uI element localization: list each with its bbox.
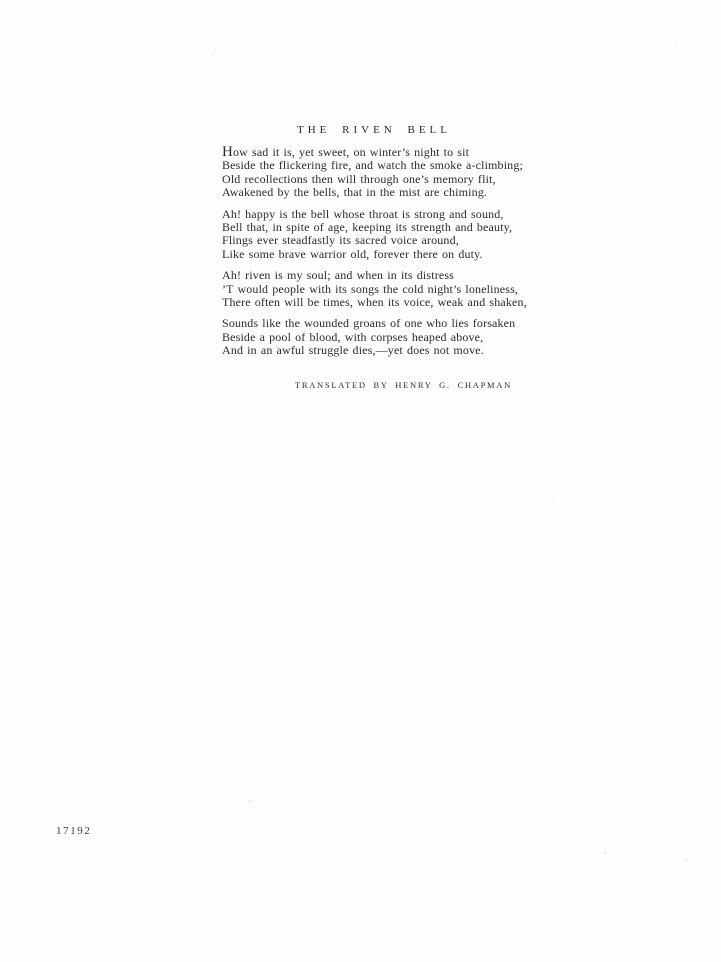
poem-line: Flings ever steadfastly its sacred voice… — [222, 234, 542, 247]
poem-line: Ah! riven is my soul; and when in its di… — [222, 269, 542, 282]
stanza: How sad it is, yet sweet, on winter’s ni… — [222, 146, 542, 200]
poem-line: Old recollections then will through one’… — [222, 173, 542, 186]
poem-line: Beside a pool of blood, with corpses hea… — [222, 331, 542, 344]
poem-line: Bell that, in spite of age, keeping its … — [222, 221, 542, 234]
scan-speck — [552, 498, 553, 499]
stanza: Ah! riven is my soul; and when in its di… — [222, 269, 542, 309]
scan-speck — [215, 50, 216, 51]
poem-title: THE RIVEN BELL — [222, 124, 526, 136]
scanned-book-page: THE RIVEN BELL How sad it is, yet sweet,… — [0, 0, 721, 962]
poem-line: Ah! happy is the bell whose throat is st… — [222, 208, 542, 221]
poem-body: How sad it is, yet sweet, on winter’s ni… — [222, 146, 542, 366]
poem-line: Like some brave warrior old, forever the… — [222, 248, 542, 261]
scan-speck — [686, 859, 687, 861]
scan-speck — [249, 800, 250, 802]
poem-line: Awakened by the bells, that in the mist … — [222, 186, 542, 199]
poem-line: Beside the flickering fire, and watch th… — [222, 159, 542, 172]
stanza: Sounds like the wounded groans of one wh… — [222, 317, 542, 357]
poem-line: ’T would people with its songs the cold … — [222, 283, 542, 296]
scan-speck — [604, 852, 606, 854]
catalog-number: 17192 — [56, 825, 92, 837]
poem-line: How sad it is, yet sweet, on winter’s ni… — [222, 146, 542, 159]
poem-line: Sounds like the wounded groans of one wh… — [222, 317, 542, 330]
poem-line: And in an awful struggle dies,—yet does … — [222, 344, 542, 357]
scan-speck — [676, 47, 677, 48]
poem-line: There often will be times, when its voic… — [222, 296, 542, 309]
translator-attribution: TRANSLATED BY HENRY G. CHAPMAN — [222, 380, 512, 390]
stanza: Ah! happy is the bell whose throat is st… — [222, 208, 542, 262]
